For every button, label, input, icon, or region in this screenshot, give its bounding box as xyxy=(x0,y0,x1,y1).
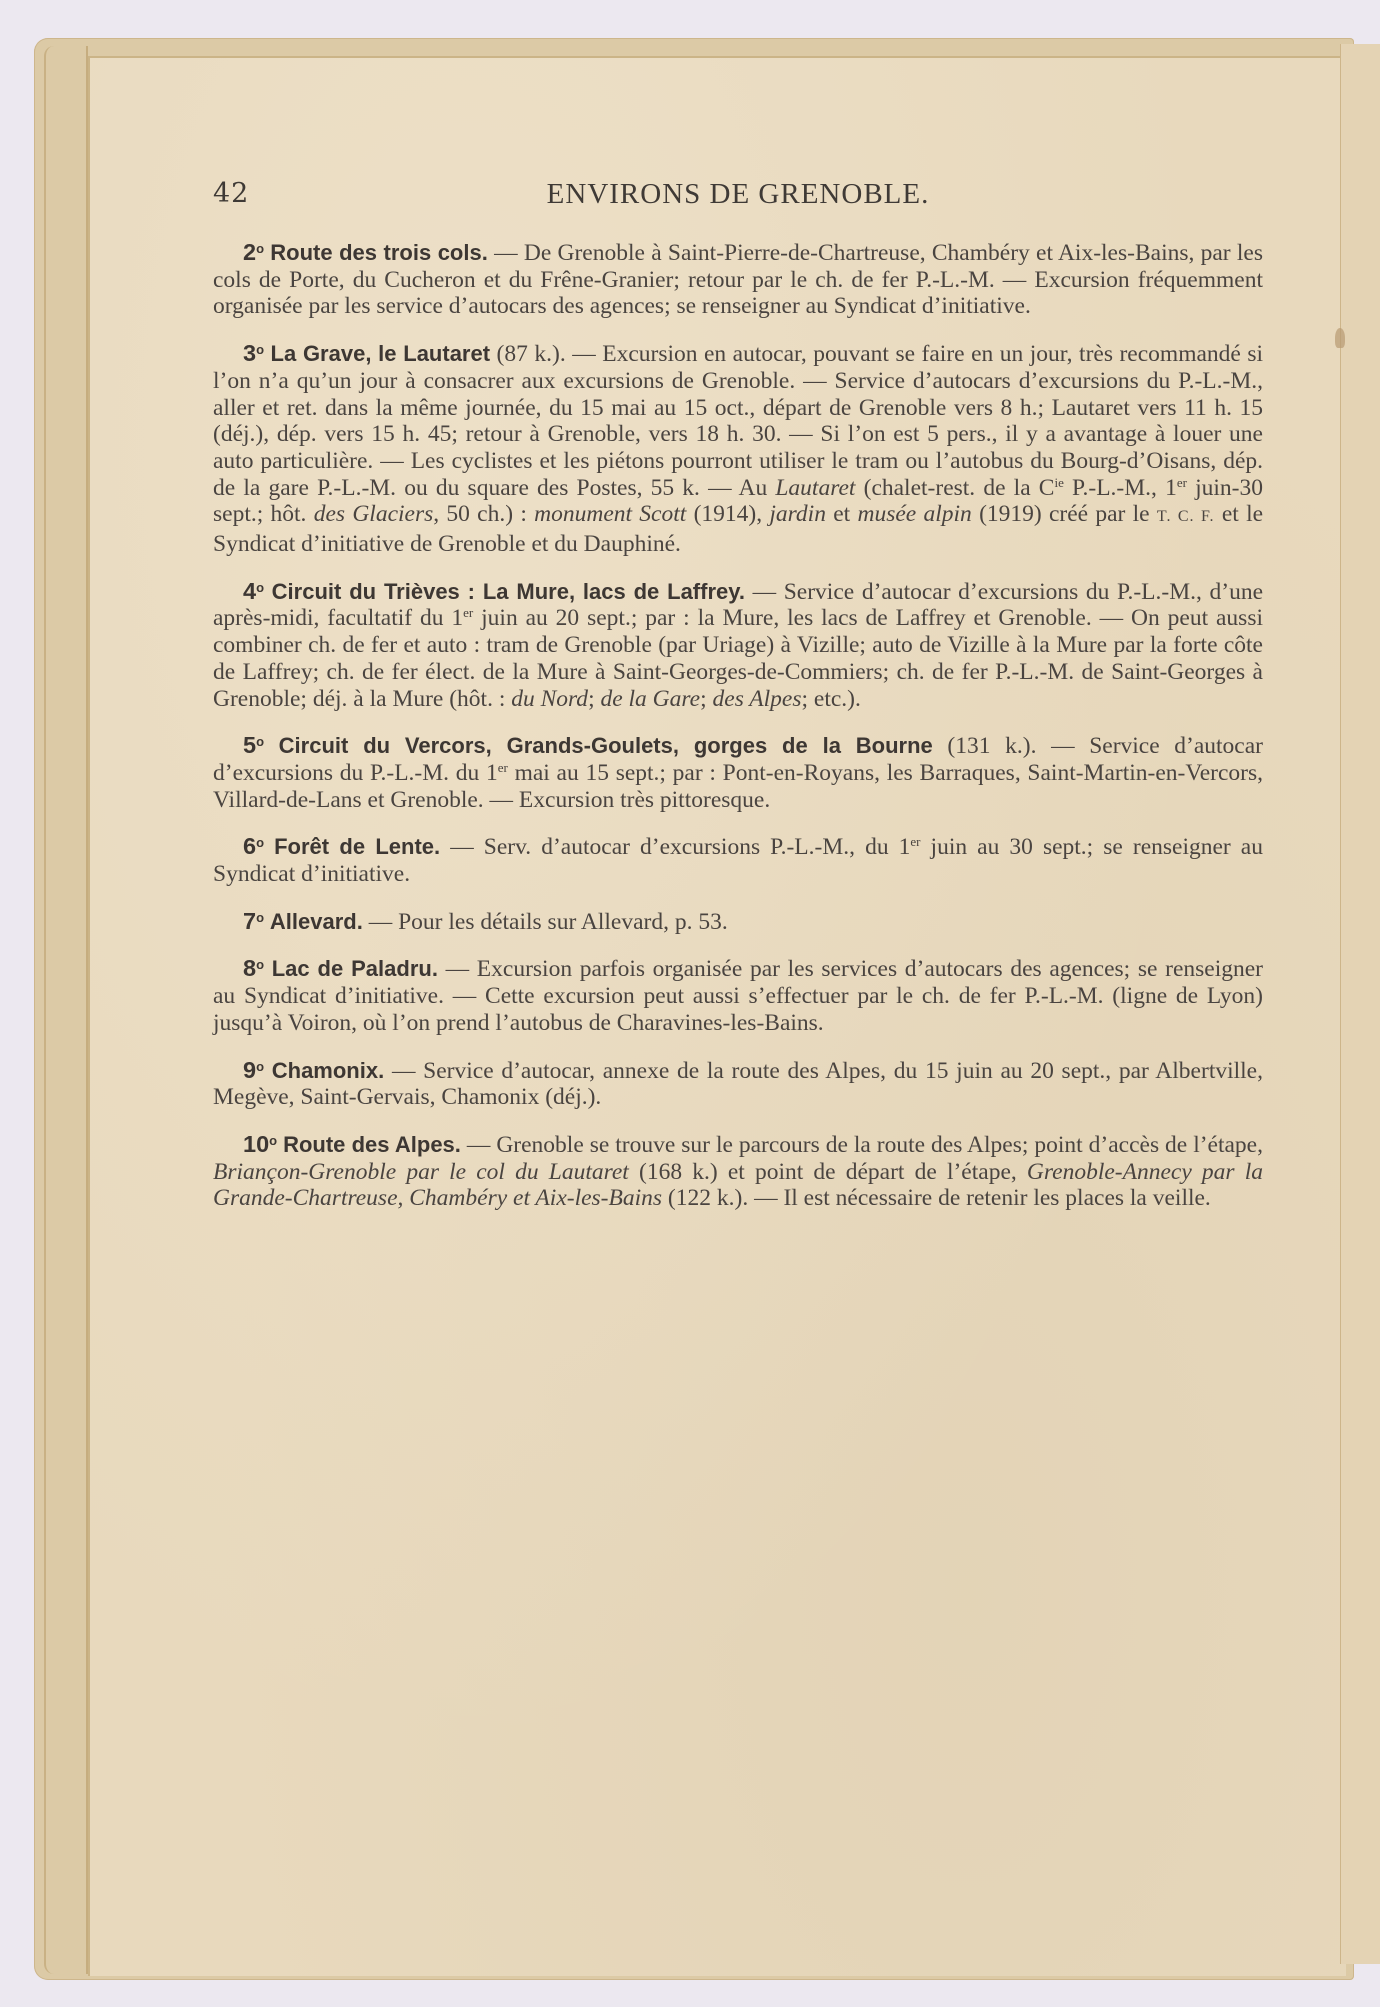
entry-circuit-du-vercors: 5o Circuit du Vercors, Grands-Goulets, g… xyxy=(213,729,1263,813)
entry-number: 9o xyxy=(243,1057,264,1083)
entry-lac-de-paladru: 8o Lac de Paladru. — Excursion parfois o… xyxy=(213,952,1263,1036)
page-header: 42 ENVIRONS DE GRENOBLE. xyxy=(213,178,1263,218)
entry-text: ; etc.). xyxy=(802,686,861,712)
superscript: er xyxy=(463,605,473,620)
next-page-edge xyxy=(1340,44,1380,1964)
entry-allevard: 7o Allevard. — Pour les détails sur Alle… xyxy=(213,905,1263,936)
entry-title: Circuit du Trièves : La Mure, lacs de La… xyxy=(272,579,745,604)
entry-title: La Grave, le Lautaret xyxy=(271,341,491,366)
entry-text: (1919) créé par le xyxy=(972,501,1157,527)
superscript: er xyxy=(498,760,508,775)
entry-title: Lac de Paladru. xyxy=(272,956,438,981)
page-body: 2o Route des trois cols. — De Grenoble à… xyxy=(213,236,1263,1229)
entry-text: (122 k.). — Il est nécessaire de retenir… xyxy=(662,1185,1211,1211)
entry-number: 2o xyxy=(243,239,264,265)
entry-text: et xyxy=(826,501,858,527)
entry-route-des-alpes: 10o Route des Alpes. — Grenoble se trouv… xyxy=(213,1128,1263,1212)
italic-text: jardin xyxy=(769,501,826,527)
entry-number: 5o xyxy=(243,732,264,758)
italic-text: du Nord xyxy=(511,686,588,712)
superscript: er xyxy=(1177,475,1187,490)
entry-text: ; xyxy=(588,686,600,712)
entry-title: Route des Alpes. xyxy=(283,1132,461,1157)
entry-text: ; xyxy=(700,686,712,712)
entry-title: Allevard. xyxy=(270,909,363,934)
entry-la-grave-lautaret: 3o La Grave, le Lautaret (87 k.). — Excu… xyxy=(213,337,1263,558)
entry-number: 3o xyxy=(243,340,264,366)
entry-text: P.-L.-M., 1 xyxy=(1064,475,1177,501)
entry-title: Forêt de Lente. xyxy=(274,834,440,859)
entry-number: 6o xyxy=(243,833,264,859)
entry-route-des-trois-cols: 2o Route des trois cols. — De Grenoble à… xyxy=(213,236,1263,320)
superscript: ie xyxy=(1054,475,1063,490)
entry-number: 8o xyxy=(243,955,264,981)
entry-number: 7o xyxy=(243,908,264,934)
italic-text: des Alpes xyxy=(713,686,802,712)
entry-text: — Pour les détails sur Allevard, p. 53. xyxy=(363,909,728,935)
entry-text: — Serv. d’autocar d’excursions P.-L.-M.,… xyxy=(440,834,910,860)
italic-text: de la Gare xyxy=(600,686,700,712)
entry-text: (chalet-rest. de la C xyxy=(855,475,1054,501)
entry-title: Route des trois cols. xyxy=(270,240,488,265)
smallcaps-text: T. C. F. xyxy=(1157,508,1215,525)
italic-text: monument Scott xyxy=(534,501,686,527)
superscript: er xyxy=(910,834,920,849)
italic-text: Briançon-Grenoble par le col du Lautaret xyxy=(213,1159,629,1185)
italic-text: musée alpin xyxy=(857,501,971,527)
italic-text: Lautaret xyxy=(775,475,855,501)
entry-title: Circuit du Vercors, Grands-Goulets, gorg… xyxy=(279,733,933,758)
entry-text: (1914), xyxy=(686,501,769,527)
entry-chamonix: 9o Chamonix. — Service d’autocar, annexe… xyxy=(213,1054,1263,1111)
entry-number: 10o xyxy=(243,1131,277,1157)
paper-stain xyxy=(1335,328,1345,348)
italic-text: des Glaciers xyxy=(314,501,434,527)
entry-circuit-du-trieves: 4o Circuit du Trièves : La Mure, lacs de… xyxy=(213,575,1263,713)
entry-text: — Grenoble se trouve sur le parcours de … xyxy=(461,1132,1263,1158)
entry-number: 4o xyxy=(243,578,264,604)
entry-title: Chamonix. xyxy=(272,1058,384,1083)
running-title: ENVIRONS DE GRENOBLE. xyxy=(213,178,1263,211)
entry-text: (168 k.) et point de départ de l’étape, xyxy=(629,1159,1027,1185)
entry-text: , 50 ch.) : xyxy=(433,501,534,527)
entry-foret-de-lente: 6o Forêt de Lente. — Serv. d’autocar d’e… xyxy=(213,830,1263,887)
